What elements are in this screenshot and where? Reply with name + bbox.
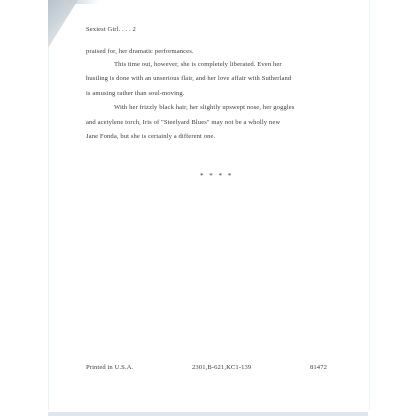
running-header: Sexiest Girl. . . . 2 (86, 26, 136, 33)
footer-printed: Printed in U.S.A. (86, 364, 133, 371)
body-line: praised for, her dramatic performances. (86, 48, 194, 55)
footer-code: 2301,B-621,KC1-139 (192, 364, 251, 371)
footer-number: 81472 (310, 364, 327, 371)
body-line: Jane Fonda, but she is certainly a diffe… (86, 133, 215, 140)
body-line: This time out, however, she is completel… (114, 61, 282, 68)
body-line: With her frizzly black hair, her slightl… (114, 104, 295, 111)
section-break: * * * * (200, 172, 233, 180)
scan-edge (48, 412, 368, 416)
body-line: and acetylene torch, Iris of "Steelyard … (86, 119, 280, 126)
body-line: hustling is done with an unserious flair… (86, 75, 291, 82)
fold-shadow (65, 0, 100, 4)
body-line: is amusing rather than soul-moving. (86, 90, 185, 97)
